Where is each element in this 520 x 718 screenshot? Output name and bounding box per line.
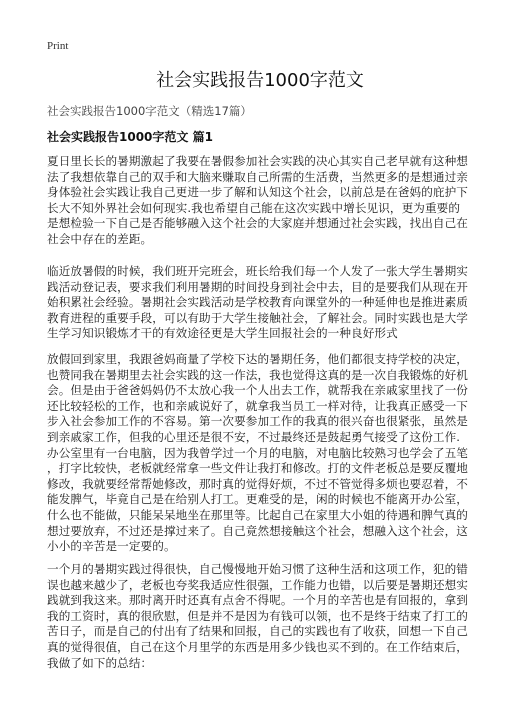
paragraph-line: 身体验社会实践让我自己更进一步了解和认知这个社会，以前总是在爸妈的庇护下: [47, 185, 483, 201]
paragraph-line: 是想检验一下自己是否能够融入这个社会的大家庭并想通过社会实践，找出自己在: [47, 216, 483, 232]
paragraph-line: 我做了如下的总结：: [47, 656, 483, 672]
paragraph-line: 什么也不能做，只能呆呆地坐在那里等。比起自己在家里大小姐的待遇和脾气真的: [47, 508, 483, 524]
paragraph-line: 还比较轻松的工作，也和亲戚说好了，就拿我当员工一样对待，让我真正感受一下: [47, 399, 483, 415]
paragraph-line: 临近放暑假的时候，我们班开完班会，班长给我们每一个人发了一张大学生暑期实: [47, 264, 483, 280]
paragraph-line: 也赞同我在暑期里去社会实践的这一作法，我也觉得这真的是一次自我锻炼的好机: [47, 368, 483, 384]
paragraph-line: 始积累社会经验。暑期社会实践活动是学校教育向课堂外的一种延伸也是推进素质: [47, 295, 483, 311]
paragraph-line: 我的工资时，真的很欣慰，但是并不是因为有钱可以领，也不是终于结束了打工的: [47, 609, 483, 625]
paragraph-line: ，打字比较快，老板就经常拿一些文件让我打和修改。打的文件老板总是要反覆地: [47, 461, 483, 477]
paragraph-line: 践就到我这来。那时离开时还真有点舍不得呢。一个月的辛苦也是有回报的，拿到: [47, 593, 483, 609]
document-title: 社会实践报告1000字范文: [0, 66, 520, 92]
paragraph-1: 夏日里长长的暑期激起了我要在暑假参加社会实践的决心其实自己老早就有这种想 法了我…: [47, 154, 483, 248]
paragraph-line: 会。但是由于爸爸妈妈仍不太放心我一个人出去工作，就帮我在亲戚家里找了一份: [47, 383, 483, 399]
document-page: Print 社会实践报告1000字范文 社会实践报告1000字范文（精选17篇）…: [0, 0, 520, 718]
paragraph-line: 社会中存在的差距。: [47, 232, 483, 248]
paragraph-line: 生学习知识锻炼才干的有效途径更是大学生回报社会的一种良好形式: [47, 326, 483, 342]
paragraph-line: 苦日子，而是自己的付出有了结果和回报，自己的实践也有了收获，回想一下自己: [47, 624, 483, 640]
paragraph-line: 教育进程的重要手段，可以有助于大学生接触社会，了解社会。同时实践也是大学: [47, 311, 483, 327]
paragraph-3: 放假回到家里，我跟爸妈商量了学校下达的暑期任务，他们都很支持学校的决定， 也赞同…: [47, 352, 483, 555]
paragraph-line: 到亲戚家工作，但我的心里还是很不安，不过最终还是鼓起勇气接受了这份工作.: [47, 430, 483, 446]
section-heading: 社会实践报告1000字范文 篇1: [47, 128, 213, 145]
paragraph-line: 一个月的暑期实践过得很快，自己慢慢地开始习惯了这种生活和这项工作，犯的错: [47, 562, 483, 578]
paragraph-line: 步入社会参加工作的不容易。第一次要参加工作的我真的很兴奋也很紧张，虽然是: [47, 414, 483, 430]
paragraph-line: 夏日里长长的暑期激起了我要在暑假参加社会实践的决心其实自己老早就有这种想: [47, 154, 483, 170]
paragraph-line: 想过要放弃，不过还是撑过来了。自己竟然想接触这个社会，想融入这个社会，这: [47, 524, 483, 540]
paragraph-line: 践活动登记表，要求我们利用暑期的时间投身到社会中去，目的是要我们从现在开: [47, 280, 483, 296]
paragraph-line: 法了我想依靠自己的双手和大脑来赚取自己所需的生活费，当然更多的是想通过亲: [47, 170, 483, 186]
paragraph-line: 能发脾气，毕竟自己是在给别人打工。更难受的是，闲的时候也不能离开办公室，: [47, 492, 483, 508]
paragraph-line: 误也越来越少了，老板也夸奖我适应性很强，工作能力也错，以后要是暑期还想实: [47, 578, 483, 594]
paragraph-line: 修改，我就要经常帮她修改，那时真的觉得好烦，不过不管觉得多烦也要忍着，不: [47, 477, 483, 493]
paragraph-2: 临近放暑假的时候，我们班开完班会，班长给我们每一个人发了一张大学生暑期实 践活动…: [47, 264, 483, 342]
paragraph-4: 一个月的暑期实践过得很快，自己慢慢地开始习惯了这种生活和这项工作，犯的错 误也越…: [47, 562, 483, 671]
paragraph-line: 小小的辛苦是一定要的。: [47, 539, 483, 555]
print-link[interactable]: Print: [47, 40, 68, 52]
paragraph-line: 真的觉得很值，自己在这个月里学的东西是用多少钱也买不到的。在工作结束后，: [47, 640, 483, 656]
paragraph-line: 办公室里有一台电脑，因为我曾学过一个月的电脑，对电脑比较熟习也学会了五笔: [47, 446, 483, 462]
paragraph-line: 长大不知外界社会如何现实.我也希望自己能在这次实践中增长见识，更为重要的: [47, 201, 483, 217]
paragraph-line: 放假回到家里，我跟爸妈商量了学校下达的暑期任务，他们都很支持学校的决定，: [47, 352, 483, 368]
document-subtitle: 社会实践报告1000字范文（精选17篇）: [47, 103, 252, 119]
